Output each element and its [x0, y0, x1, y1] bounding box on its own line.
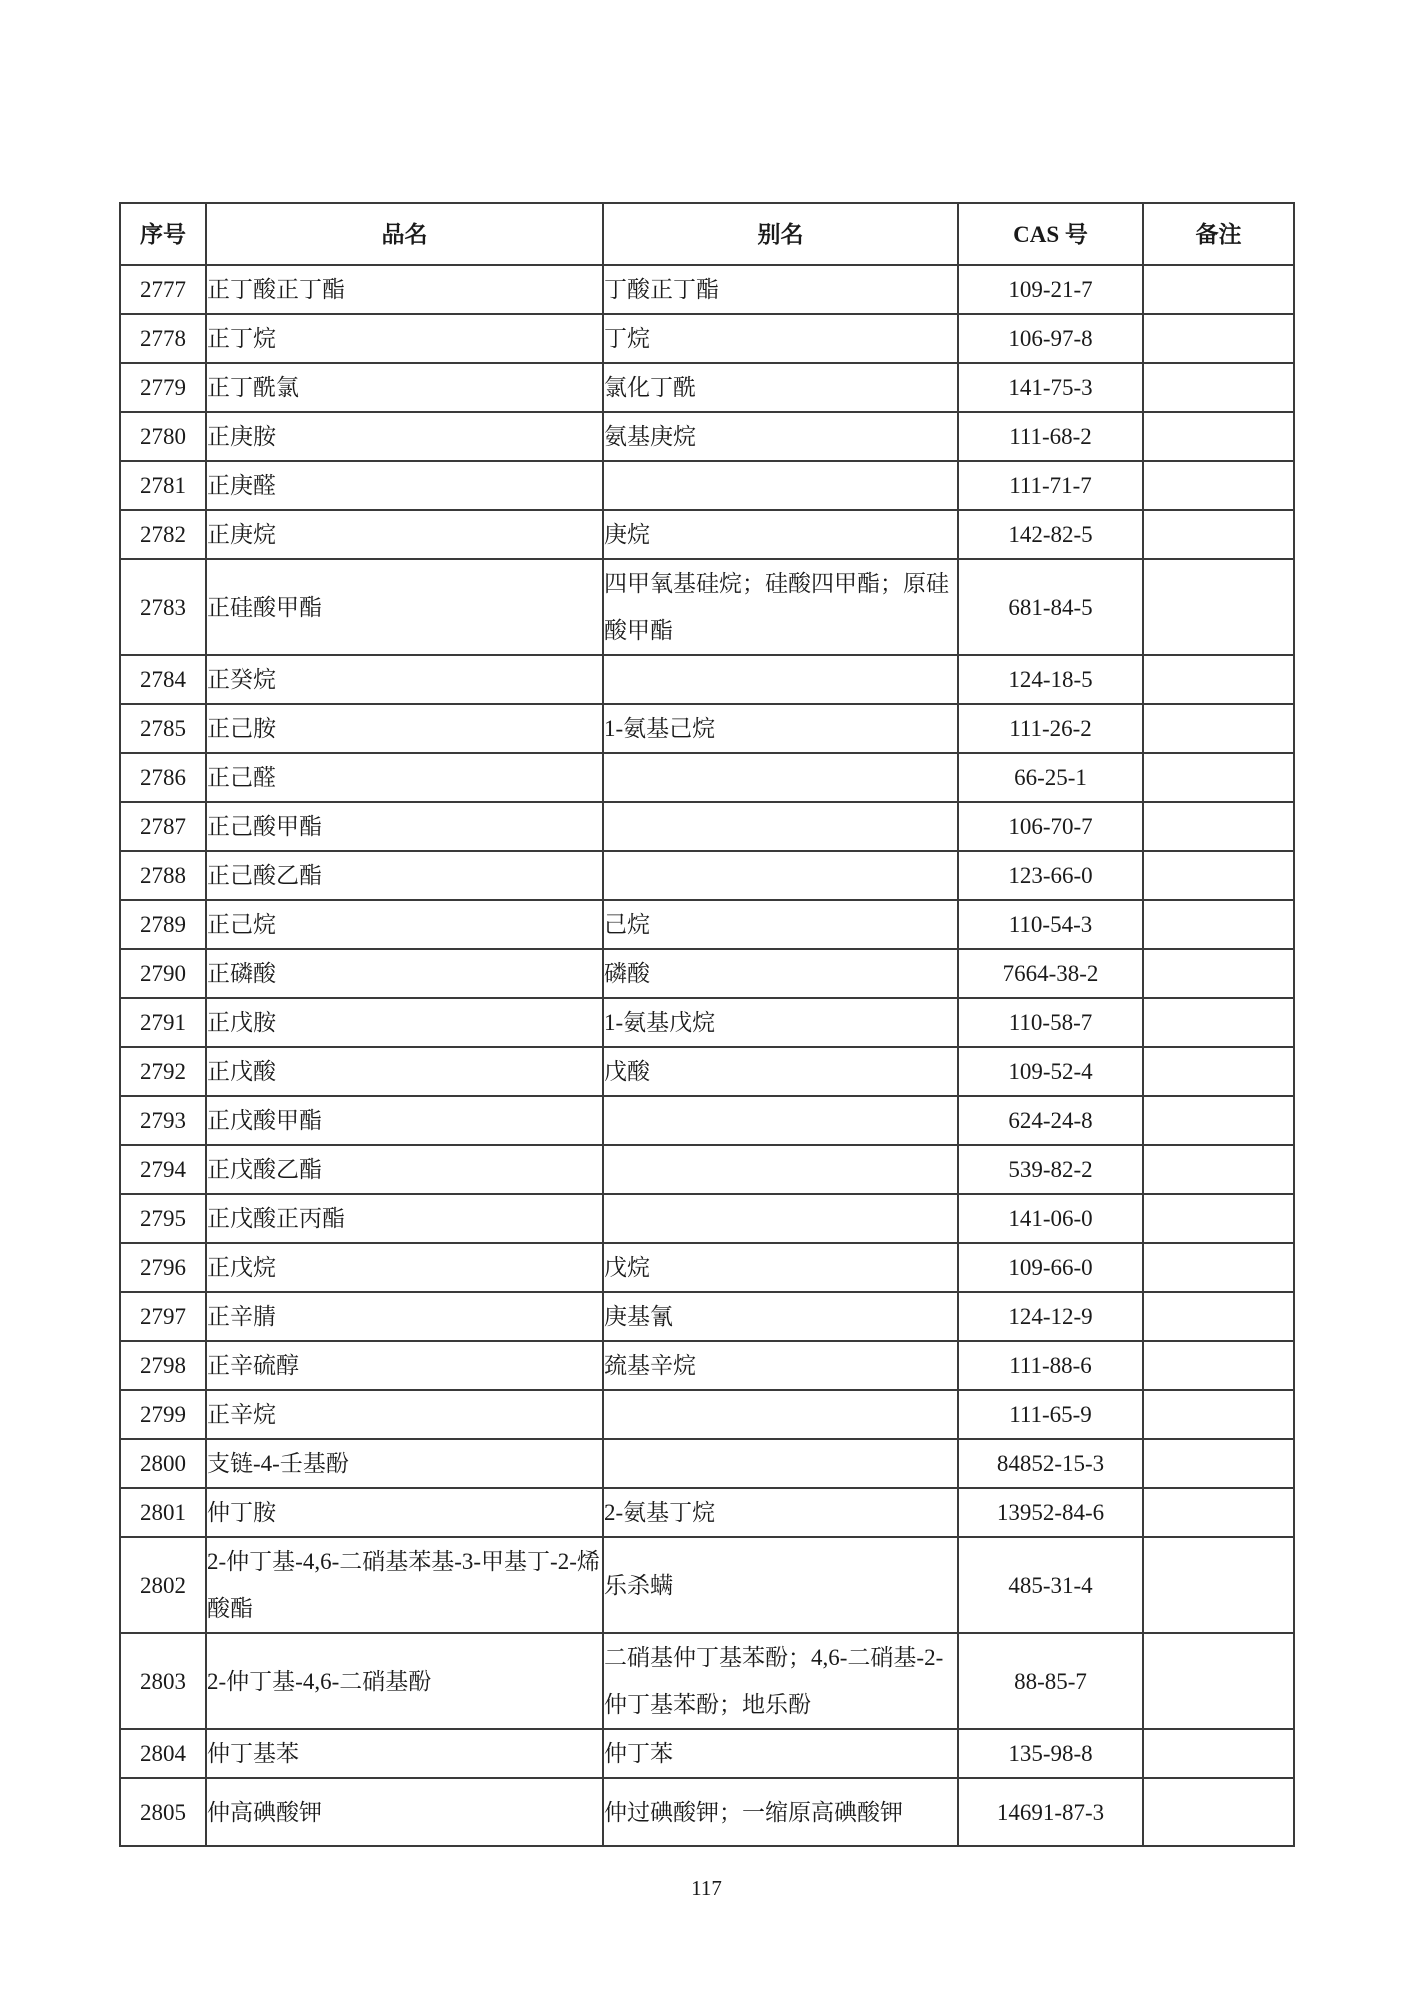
- table-row: 2798正辛硫醇巯基辛烷111-88-6: [120, 1341, 1294, 1390]
- cell-cas: 110-58-7: [958, 998, 1143, 1047]
- table-row: 2795正戊酸正丙酯141-06-0: [120, 1194, 1294, 1243]
- cell-cas: 66-25-1: [958, 753, 1143, 802]
- cell-cas: 142-82-5: [958, 510, 1143, 559]
- table-row: 2790正磷酸磷酸7664-38-2: [120, 949, 1294, 998]
- cell-alias: 仲过碘酸钾；一缩原高碘酸钾: [603, 1778, 958, 1846]
- table-row: 2786正己醛66-25-1: [120, 753, 1294, 802]
- cell-name: 仲丁基苯: [206, 1729, 603, 1778]
- cell-index: 2798: [120, 1341, 206, 1390]
- cell-name: 支链-4-壬基酚: [206, 1439, 603, 1488]
- cell-note: [1143, 1096, 1294, 1145]
- cell-alias: 巯基辛烷: [603, 1341, 958, 1390]
- cell-note: [1143, 1243, 1294, 1292]
- cell-cas: 124-12-9: [958, 1292, 1143, 1341]
- table-row: 2778正丁烷丁烷106-97-8: [120, 314, 1294, 363]
- cell-alias: [603, 1439, 958, 1488]
- cell-index: 2790: [120, 949, 206, 998]
- cell-index: 2796: [120, 1243, 206, 1292]
- table-row: 2792正戊酸戊酸109-52-4: [120, 1047, 1294, 1096]
- cell-index: 2803: [120, 1633, 206, 1729]
- cell-name: 正戊酸甲酯: [206, 1096, 603, 1145]
- cell-index: 2777: [120, 265, 206, 314]
- cell-name: 正己烷: [206, 900, 603, 949]
- cell-cas: 14691-87-3: [958, 1778, 1143, 1846]
- header-cas: CAS 号: [958, 203, 1143, 265]
- cell-index: 2802: [120, 1537, 206, 1633]
- table-row: 28032-仲丁基-4,6-二硝基酚二硝基仲丁基苯酚；4,6-二硝基-2-仲丁基…: [120, 1633, 1294, 1729]
- cell-index: 2800: [120, 1439, 206, 1488]
- cell-note: [1143, 949, 1294, 998]
- cell-note: [1143, 1439, 1294, 1488]
- cell-note: [1143, 900, 1294, 949]
- table-header-row: 序号 品名 别名 CAS 号 备注: [120, 203, 1294, 265]
- cell-cas: 110-54-3: [958, 900, 1143, 949]
- table-row: 2787正己酸甲酯106-70-7: [120, 802, 1294, 851]
- cell-alias: 氯化丁酰: [603, 363, 958, 412]
- cell-index: 2783: [120, 559, 206, 655]
- cell-cas: 123-66-0: [958, 851, 1143, 900]
- table-row: 2799正辛烷111-65-9: [120, 1390, 1294, 1439]
- cell-alias: 二硝基仲丁基苯酚；4,6-二硝基-2-仲丁基苯酚；地乐酚: [603, 1633, 958, 1729]
- cell-name: 正癸烷: [206, 655, 603, 704]
- cell-index: 2779: [120, 363, 206, 412]
- cell-cas: 7664-38-2: [958, 949, 1143, 998]
- cell-alias: [603, 851, 958, 900]
- cell-cas: 681-84-5: [958, 559, 1143, 655]
- document-page: 序号 品名 别名 CAS 号 备注 2777正丁酸正丁酯丁酸正丁酯109-21-…: [0, 0, 1413, 2000]
- page-number: 117: [0, 1876, 1413, 1901]
- cell-index: 2787: [120, 802, 206, 851]
- cell-note: [1143, 363, 1294, 412]
- cell-alias: 磷酸: [603, 949, 958, 998]
- cell-cas: 111-68-2: [958, 412, 1143, 461]
- cell-name: 正磷酸: [206, 949, 603, 998]
- cell-alias: 仲丁苯: [603, 1729, 958, 1778]
- cell-index: 2793: [120, 1096, 206, 1145]
- cell-alias: [603, 802, 958, 851]
- cell-note: [1143, 1390, 1294, 1439]
- cell-cas: 109-66-0: [958, 1243, 1143, 1292]
- cell-note: [1143, 412, 1294, 461]
- cell-note: [1143, 1537, 1294, 1633]
- cell-alias: 氨基庚烷: [603, 412, 958, 461]
- cell-index: 2801: [120, 1488, 206, 1537]
- cell-name: 仲丁胺: [206, 1488, 603, 1537]
- cell-name: 正辛腈: [206, 1292, 603, 1341]
- cell-name: 正辛硫醇: [206, 1341, 603, 1390]
- cell-note: [1143, 1292, 1294, 1341]
- header-name: 品名: [206, 203, 603, 265]
- chemical-table: 序号 品名 别名 CAS 号 备注 2777正丁酸正丁酯丁酸正丁酯109-21-…: [119, 202, 1295, 1847]
- cell-cas: 485-31-4: [958, 1537, 1143, 1633]
- table-row: 2804仲丁基苯仲丁苯135-98-8: [120, 1729, 1294, 1778]
- cell-cas: 109-21-7: [958, 265, 1143, 314]
- cell-alias: 四甲氧基硅烷；硅酸四甲酯；原硅酸甲酯: [603, 559, 958, 655]
- cell-cas: 109-52-4: [958, 1047, 1143, 1096]
- cell-note: [1143, 1341, 1294, 1390]
- cell-name: 正己酸甲酯: [206, 802, 603, 851]
- cell-note: [1143, 314, 1294, 363]
- table-row: 2796正戊烷戊烷109-66-0: [120, 1243, 1294, 1292]
- cell-cas: 111-26-2: [958, 704, 1143, 753]
- cell-alias: [603, 655, 958, 704]
- table-row: 2801仲丁胺2-氨基丁烷13952-84-6: [120, 1488, 1294, 1537]
- table-row: 2805仲高碘酸钾仲过碘酸钾；一缩原高碘酸钾14691-87-3: [120, 1778, 1294, 1846]
- cell-note: [1143, 655, 1294, 704]
- cell-index: 2786: [120, 753, 206, 802]
- cell-note: [1143, 1729, 1294, 1778]
- cell-note: [1143, 559, 1294, 655]
- table-body: 2777正丁酸正丁酯丁酸正丁酯109-21-72778正丁烷丁烷106-97-8…: [120, 265, 1294, 1846]
- cell-cas: 624-24-8: [958, 1096, 1143, 1145]
- header-index: 序号: [120, 203, 206, 265]
- cell-cas: 88-85-7: [958, 1633, 1143, 1729]
- cell-note: [1143, 1145, 1294, 1194]
- cell-note: [1143, 1488, 1294, 1537]
- cell-name: 正丁烷: [206, 314, 603, 363]
- cell-name: 正戊酸: [206, 1047, 603, 1096]
- cell-name: 正庚烷: [206, 510, 603, 559]
- table-row: 2793正戊酸甲酯624-24-8: [120, 1096, 1294, 1145]
- cell-name: 正戊胺: [206, 998, 603, 1047]
- cell-name: 2-仲丁基-4,6-二硝基苯基-3-甲基丁-2-烯酸酯: [206, 1537, 603, 1633]
- cell-cas: 111-65-9: [958, 1390, 1143, 1439]
- cell-note: [1143, 1194, 1294, 1243]
- cell-cas: 106-70-7: [958, 802, 1143, 851]
- cell-alias: 庚烷: [603, 510, 958, 559]
- cell-cas: 135-98-8: [958, 1729, 1143, 1778]
- cell-index: 2784: [120, 655, 206, 704]
- cell-name: 2-仲丁基-4,6-二硝基酚: [206, 1633, 603, 1729]
- cell-name: 正戊酸乙酯: [206, 1145, 603, 1194]
- cell-index: 2799: [120, 1390, 206, 1439]
- cell-alias: 戊酸: [603, 1047, 958, 1096]
- cell-cas: 13952-84-6: [958, 1488, 1143, 1537]
- cell-alias: [603, 1096, 958, 1145]
- cell-alias: [603, 1194, 958, 1243]
- table-row: 2782正庚烷庚烷142-82-5: [120, 510, 1294, 559]
- cell-cas: 141-75-3: [958, 363, 1143, 412]
- cell-name: 正己酸乙酯: [206, 851, 603, 900]
- cell-cas: 141-06-0: [958, 1194, 1143, 1243]
- cell-alias: 乐杀螨: [603, 1537, 958, 1633]
- cell-index: 2781: [120, 461, 206, 510]
- cell-index: 2805: [120, 1778, 206, 1846]
- cell-index: 2797: [120, 1292, 206, 1341]
- cell-name: 正硅酸甲酯: [206, 559, 603, 655]
- cell-alias: 庚基氰: [603, 1292, 958, 1341]
- table-row: 2791正戊胺1-氨基戊烷110-58-7: [120, 998, 1294, 1047]
- cell-note: [1143, 802, 1294, 851]
- table-row: 2783正硅酸甲酯四甲氧基硅烷；硅酸四甲酯；原硅酸甲酯681-84-5: [120, 559, 1294, 655]
- cell-note: [1143, 998, 1294, 1047]
- table-row: 2779正丁酰氯氯化丁酰141-75-3: [120, 363, 1294, 412]
- cell-cas: 106-97-8: [958, 314, 1143, 363]
- cell-cas: 539-82-2: [958, 1145, 1143, 1194]
- cell-note: [1143, 1778, 1294, 1846]
- cell-index: 2780: [120, 412, 206, 461]
- cell-name: 正丁酸正丁酯: [206, 265, 603, 314]
- cell-index: 2791: [120, 998, 206, 1047]
- header-note: 备注: [1143, 203, 1294, 265]
- cell-alias: 2-氨基丁烷: [603, 1488, 958, 1537]
- cell-cas: 111-71-7: [958, 461, 1143, 510]
- table-row: 2780正庚胺氨基庚烷111-68-2: [120, 412, 1294, 461]
- cell-name: 正丁酰氯: [206, 363, 603, 412]
- cell-note: [1143, 1633, 1294, 1729]
- cell-name: 正辛烷: [206, 1390, 603, 1439]
- cell-name: 仲高碘酸钾: [206, 1778, 603, 1846]
- cell-index: 2785: [120, 704, 206, 753]
- table-row: 2789正己烷己烷110-54-3: [120, 900, 1294, 949]
- cell-index: 2795: [120, 1194, 206, 1243]
- cell-name: 正己胺: [206, 704, 603, 753]
- cell-index: 2792: [120, 1047, 206, 1096]
- cell-index: 2789: [120, 900, 206, 949]
- cell-note: [1143, 851, 1294, 900]
- cell-note: [1143, 704, 1294, 753]
- cell-alias: 戊烷: [603, 1243, 958, 1292]
- cell-index: 2788: [120, 851, 206, 900]
- cell-index: 2794: [120, 1145, 206, 1194]
- cell-cas: 111-88-6: [958, 1341, 1143, 1390]
- cell-index: 2782: [120, 510, 206, 559]
- cell-name: 正庚醛: [206, 461, 603, 510]
- table-row: 2788正己酸乙酯123-66-0: [120, 851, 1294, 900]
- header-alias: 别名: [603, 203, 958, 265]
- cell-name: 正戊酸正丙酯: [206, 1194, 603, 1243]
- table-row: 2777正丁酸正丁酯丁酸正丁酯109-21-7: [120, 265, 1294, 314]
- table-row: 28022-仲丁基-4,6-二硝基苯基-3-甲基丁-2-烯酸酯乐杀螨485-31…: [120, 1537, 1294, 1633]
- cell-note: [1143, 753, 1294, 802]
- cell-cas: 124-18-5: [958, 655, 1143, 704]
- cell-alias: [603, 461, 958, 510]
- cell-alias: 丁酸正丁酯: [603, 265, 958, 314]
- cell-alias: 丁烷: [603, 314, 958, 363]
- cell-note: [1143, 265, 1294, 314]
- cell-alias: [603, 753, 958, 802]
- cell-note: [1143, 1047, 1294, 1096]
- cell-name: 正己醛: [206, 753, 603, 802]
- cell-note: [1143, 510, 1294, 559]
- table-row: 2797正辛腈庚基氰124-12-9: [120, 1292, 1294, 1341]
- cell-name: 正庚胺: [206, 412, 603, 461]
- cell-alias: 己烷: [603, 900, 958, 949]
- cell-note: [1143, 461, 1294, 510]
- cell-alias: [603, 1390, 958, 1439]
- cell-name: 正戊烷: [206, 1243, 603, 1292]
- cell-alias: [603, 1145, 958, 1194]
- table-row: 2781正庚醛111-71-7: [120, 461, 1294, 510]
- cell-index: 2804: [120, 1729, 206, 1778]
- cell-alias: 1-氨基己烷: [603, 704, 958, 753]
- table-row: 2794正戊酸乙酯539-82-2: [120, 1145, 1294, 1194]
- table-row: 2800支链-4-壬基酚84852-15-3: [120, 1439, 1294, 1488]
- table-row: 2785正己胺1-氨基己烷111-26-2: [120, 704, 1294, 753]
- cell-cas: 84852-15-3: [958, 1439, 1143, 1488]
- cell-index: 2778: [120, 314, 206, 363]
- cell-alias: 1-氨基戊烷: [603, 998, 958, 1047]
- table-row: 2784正癸烷124-18-5: [120, 655, 1294, 704]
